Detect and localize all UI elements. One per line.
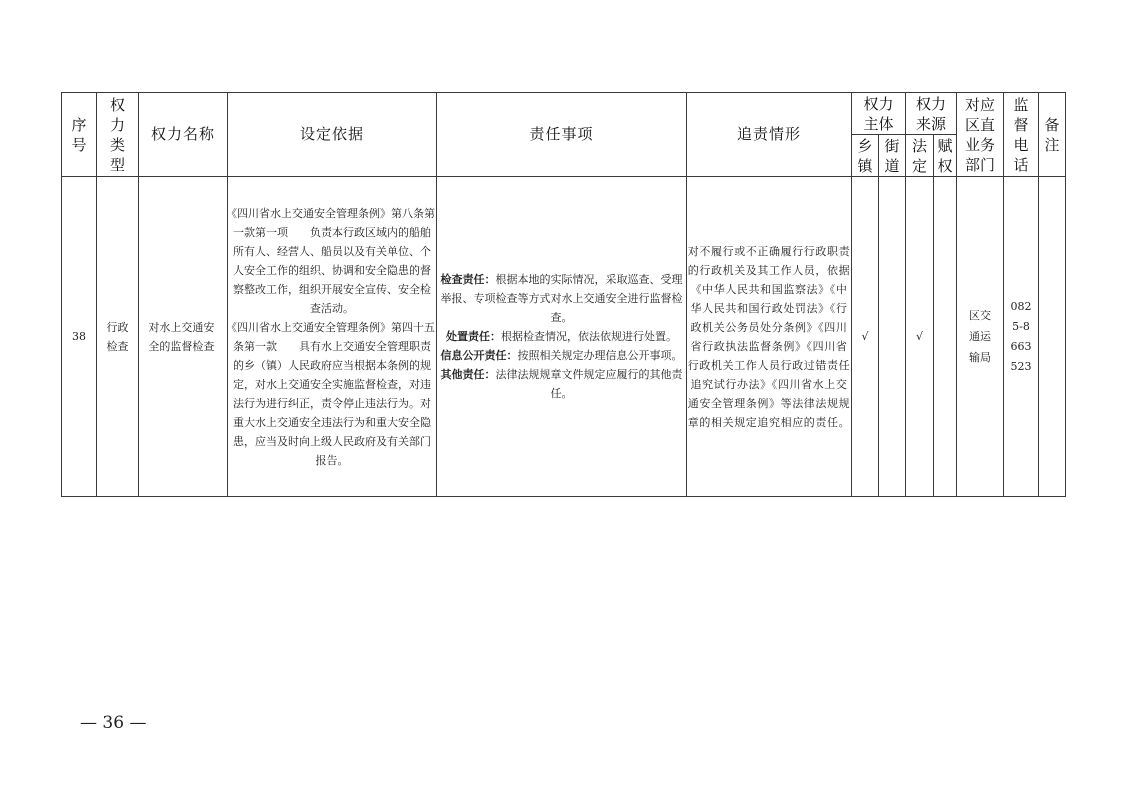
header-remarks: 备注: [1039, 93, 1066, 177]
cell-basis: 《四川省水上交通安全管理条例》第八条第一款第一项 负责本行政区域内的船舶所有人、…: [228, 177, 437, 497]
header-statutory-label: 法定: [912, 136, 928, 176]
table-row: 38 行政检查 对水上交通安全的监督检查 《四川省水上交通安全管理条例》第八条第…: [62, 177, 1066, 497]
header-power-type: 权力类型: [97, 93, 139, 177]
responsibility-item: 处置责任：根据检查情况，依法依规进行处置。: [437, 327, 686, 346]
header-delegated: 赋权: [934, 135, 957, 177]
basis-paragraph-2: 《四川省水上交通安全管理条例》第四十五条第一款 具有水上交通安全管理职责的乡（镇…: [228, 318, 436, 470]
header-remarks-label: 备注: [1044, 115, 1060, 155]
phone-line: 5-8: [1004, 317, 1038, 337]
cell-power-name-text: 对水上交通安全的监督检查: [148, 318, 217, 356]
responsibility-item: 其他责任：法律法规规章文件规定应履行的其他责任。: [437, 365, 686, 403]
responsibility-text: 法律法规规章文件规定应履行的其他责任。: [496, 368, 683, 400]
header-power-source: 权力来源: [906, 93, 957, 135]
header-district-dept-label: 对应区直业务部门: [964, 95, 996, 175]
header-seq: 序号: [62, 93, 97, 177]
header-power-source-label: 权力来源: [914, 94, 949, 134]
cell-statutory-check: √: [906, 177, 934, 497]
header-power-subject: 权力主体: [852, 93, 906, 135]
header-basis: 设定依据: [228, 93, 437, 177]
header-seq-label: 序号: [71, 115, 87, 155]
cell-power-type: 行政检查: [97, 177, 139, 497]
cell-township-check: √: [852, 177, 879, 497]
header-power-name: 权力名称: [139, 93, 228, 177]
header-accountability: 追责情形: [687, 93, 852, 177]
cell-responsibility: 检查责任：根据本地的实际情况，采取巡查、受理举报、专项检查等方式对水上交通安全进…: [437, 177, 687, 497]
responsibility-item: 信息公开责任：按照相关规定办理信息公开事项。: [437, 346, 686, 365]
cell-subdistrict-check: [879, 177, 906, 497]
cell-seq: 38: [62, 177, 97, 497]
cell-power-type-text: 行政检查: [105, 318, 129, 356]
header-township: 乡镇: [852, 135, 879, 177]
power-list-table: 序号 权力类型 权力名称 设定依据 责任事项 追责情形 权力主体 权力来源 对应…: [61, 92, 1066, 497]
cell-district-dept-text: 区交通运输局: [968, 305, 992, 368]
header-subdistrict-label: 街道: [884, 136, 900, 176]
cell-accountability: 对不履行或不正确履行行政职责的行政机关及其工作人员，依据《中华人民共和国监察法》…: [687, 177, 852, 497]
header-district-dept: 对应区直业务部门: [957, 93, 1004, 177]
header-delegated-label: 赋权: [937, 136, 953, 176]
responsibility-item: 检查责任：根据本地的实际情况，采取巡查、受理举报、专项检查等方式对水上交通安全进…: [437, 270, 686, 327]
phone-line: 523: [1004, 357, 1038, 377]
cell-power-name: 对水上交通安全的监督检查: [139, 177, 228, 497]
header-power-subject-label: 权力主体: [861, 94, 896, 134]
responsibility-label: 信息公开责任：: [441, 349, 518, 362]
header-subdistrict: 街道: [879, 135, 906, 177]
responsibility-text: 按照相关规定办理信息公开事项。: [518, 349, 683, 362]
header-statutory: 法定: [906, 135, 934, 177]
header-responsibility: 责任事项: [437, 93, 687, 177]
header-supervision-phone-label: 监督电话: [1013, 95, 1029, 175]
responsibility-label: 其他责任：: [441, 368, 496, 381]
header-power-type-label: 权力类型: [110, 95, 126, 175]
basis-paragraph-1: 《四川省水上交通安全管理条例》第八条第一款第一项 负责本行政区域内的船舶所有人、…: [228, 204, 436, 318]
header-township-label: 乡镇: [857, 136, 873, 176]
cell-district-dept: 区交通运输局: [957, 177, 1004, 497]
responsibility-label: 检查责任：: [441, 273, 496, 286]
responsibility-text: 根据检查情况，依法依规进行处置。: [501, 330, 677, 343]
cell-remarks: [1039, 177, 1066, 497]
phone-line: 663: [1004, 337, 1038, 357]
cell-supervision-phone: 082 5-8 663 523: [1004, 177, 1039, 497]
page-number: — 36 —: [80, 713, 146, 733]
phone-line: 082: [1004, 297, 1038, 317]
cell-delegated-check: [934, 177, 957, 497]
header-supervision-phone: 监督电话: [1004, 93, 1039, 177]
responsibility-label: 处置责任：: [446, 330, 501, 343]
